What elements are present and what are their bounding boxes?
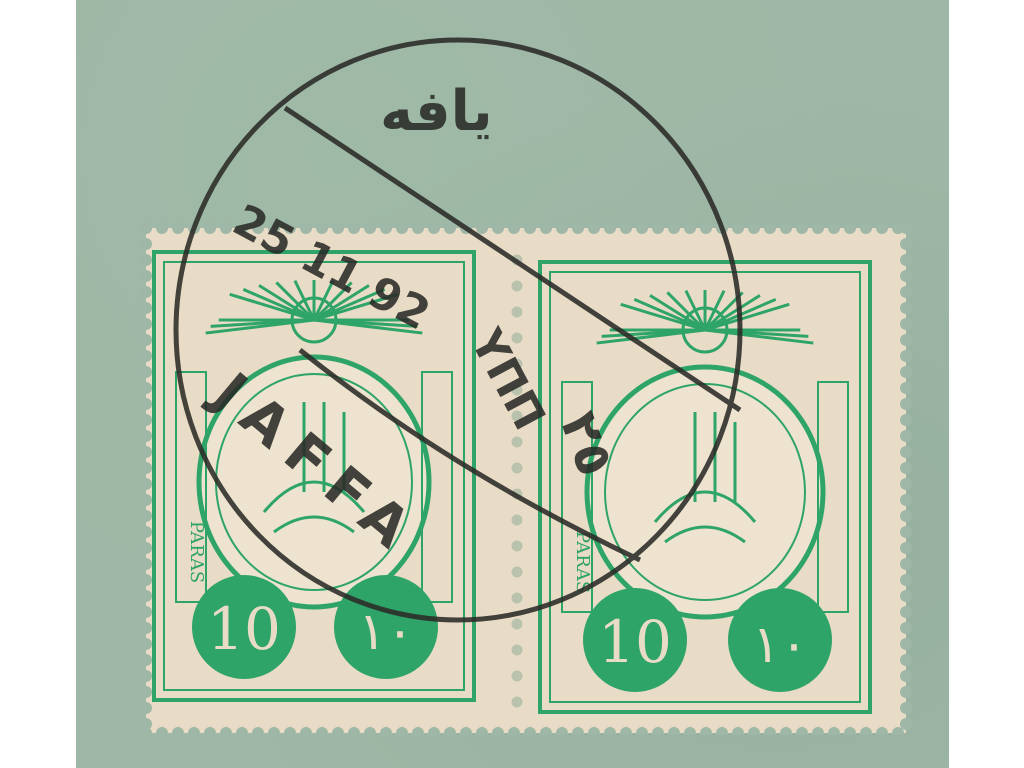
postmark-mid-text: ΥΠΠ — [460, 320, 555, 438]
postmark-cancel: 25 11 92 JAFFA ΥΠΠ ٢٥ يافه — [0, 0, 1024, 768]
postmark-right-text: ٢٥ — [548, 404, 626, 484]
postmark-date: 25 11 92 — [225, 195, 438, 341]
postmark-arabic-top: يافه — [380, 79, 493, 144]
postmark-city: JAFFA — [198, 358, 433, 570]
